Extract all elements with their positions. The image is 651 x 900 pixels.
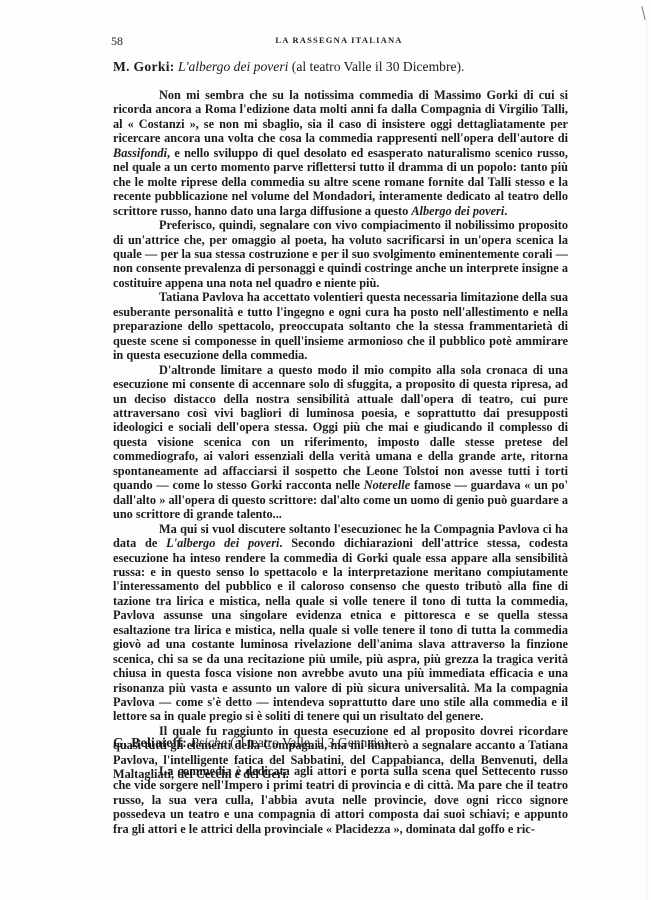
- text-run: Tatiana Pavlova ha accettato volentieri …: [113, 290, 568, 362]
- italic-title: Noterelle: [364, 478, 410, 492]
- text-run: D'altronde limitare a questo modo il mio…: [113, 363, 568, 493]
- venue-date: (al teatro Valle, il 3 Gennaio).: [227, 735, 392, 750]
- text-run: Preferisco, quindi, segnalare con vivo c…: [113, 218, 568, 290]
- italic-title: Bassifondi: [113, 146, 167, 160]
- paragraph: D'altronde limitare a questo modo il mio…: [113, 363, 568, 522]
- paragraph: Ma qui si vuol discutere soltanto l'esec…: [113, 522, 568, 724]
- work-title: L'albergo dei poveri: [178, 59, 288, 74]
- section-heading-gorki: M. Gorki: L'albergo dei poveri (al teatr…: [113, 59, 568, 75]
- work-title: Psiche: [191, 735, 227, 750]
- author-name: G. Beliaieff:: [113, 735, 187, 750]
- section-body-beliaieff: La commedia è dedicata agli attori e por…: [113, 764, 568, 836]
- text-run: .: [504, 204, 507, 218]
- journal-title: LA RASSEGNA ITALIANA: [111, 35, 567, 45]
- venue-date: (al teatro Valle il 30 Dicembre).: [288, 59, 464, 74]
- italic-title: Albergo dei poveri: [411, 204, 504, 218]
- text-run: La commedia è dedicata agli attori e por…: [113, 764, 568, 836]
- paragraph: Tatiana Pavlova ha accettato volentieri …: [113, 290, 568, 362]
- author-name: M. Gorki:: [113, 59, 175, 74]
- scan-edge-mark: [641, 6, 645, 20]
- paragraph: La commedia è dedicata agli attori e por…: [113, 764, 568, 836]
- text-run: Non mi sembra che su la notissima commed…: [113, 88, 568, 145]
- document-page: 58 LA RASSEGNA ITALIANA M. Gorki: L'albe…: [0, 0, 651, 900]
- paragraph: Preferisco, quindi, segnalare con vivo c…: [113, 218, 568, 290]
- scan-edge-line: [646, 20, 647, 900]
- italic-title: L'albergo dei poveri: [166, 536, 279, 550]
- section-heading-beliaieff: G. Beliaieff: Psiche (al teatro Valle, i…: [113, 735, 568, 751]
- section-body-gorki: Non mi sembra che su la notissima commed…: [113, 88, 568, 782]
- paragraph: Non mi sembra che su la notissima commed…: [113, 88, 568, 218]
- running-head: 58 LA RASSEGNA ITALIANA: [111, 34, 567, 48]
- text-run: . Secondo dichiarazioni dell'attrice ste…: [113, 536, 568, 723]
